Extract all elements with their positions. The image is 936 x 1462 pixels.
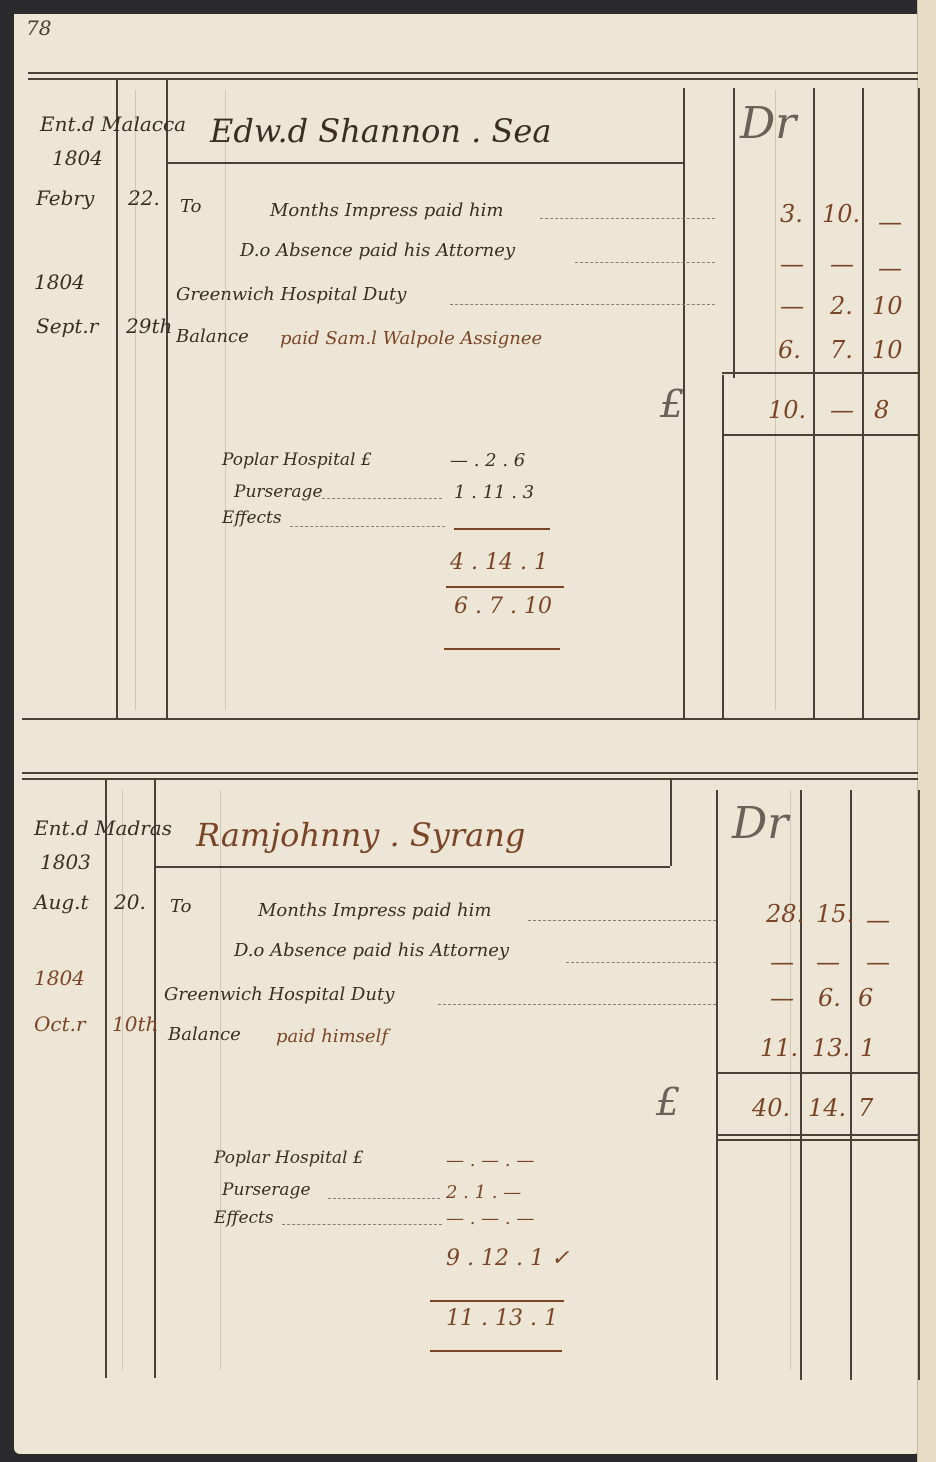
total-rule — [716, 1072, 918, 1074]
purserage-label: Purserage — [222, 1180, 311, 1200]
guide-line — [220, 790, 221, 1370]
entry-month: Aug.t — [34, 890, 89, 914]
entry-day: 20. — [114, 890, 146, 914]
column-rule — [800, 790, 802, 1380]
line-prefix: To — [170, 896, 191, 917]
guide-line — [790, 790, 791, 1370]
column-rule — [918, 790, 920, 1380]
sum-rule — [430, 1300, 564, 1302]
purserage-value: 2 . 1 . — — [446, 1182, 521, 1203]
total-pounds: 40. — [752, 1094, 790, 1122]
top-rule-2 — [22, 778, 918, 780]
poplar-label: Poplar Hospital £ — [214, 1148, 364, 1168]
amount-pence: 1 — [860, 1034, 875, 1062]
deduction-total: 11 . 13 . 1 — [446, 1306, 558, 1331]
leader-dots — [282, 1224, 442, 1225]
total-pence: 7 — [858, 1094, 873, 1122]
amount-shillings: 15. — [816, 900, 854, 928]
leader-dots — [528, 920, 716, 921]
entry-year: 1803 — [40, 850, 91, 874]
amount-pence: — — [866, 906, 890, 934]
leader-dots — [328, 1198, 440, 1199]
sum-rule — [430, 1350, 562, 1352]
settle-day: 10th — [112, 1012, 158, 1036]
top-rule — [22, 772, 918, 774]
amount-pence: — — [866, 948, 890, 976]
amount-shillings: — — [816, 948, 840, 976]
line-description: Months Impress paid him — [258, 900, 491, 921]
entered-port: Ent.d Madras — [34, 816, 172, 840]
line-description: Balance — [168, 1024, 241, 1045]
total-rule-bottom — [716, 1134, 918, 1136]
total-rule-bottom-2 — [716, 1139, 918, 1141]
amount-pence: 6 — [858, 984, 873, 1012]
settle-year: 1804 — [34, 966, 85, 990]
column-rule — [154, 778, 156, 1378]
amount-shillings: 6. — [818, 984, 841, 1012]
amount-shillings: 13. — [812, 1034, 850, 1062]
amount-pounds: 11. — [760, 1034, 798, 1062]
effects-value: — . — . — — [446, 1208, 534, 1229]
column-rule — [670, 780, 672, 866]
settle-month: Oct.r — [34, 1012, 86, 1036]
seaman-name: Ramjohnny . Syrang — [196, 816, 525, 854]
deduction-subtotal: 9 . 12 . 1 ✓ — [446, 1246, 569, 1271]
guide-line — [122, 790, 123, 1370]
column-rule — [716, 790, 718, 1380]
leader-dots — [566, 962, 716, 963]
leader-dots — [438, 1004, 716, 1005]
total-shillings: 14. — [808, 1094, 846, 1122]
column-rule — [105, 778, 107, 1378]
balance-annotation: paid himself — [276, 1026, 388, 1047]
line-description: Greenwich Hospital Duty — [164, 984, 394, 1005]
ledger-entry-2: Ent.d Madras 1803 Aug.t 20. 1804 Oct.r 1… — [0, 0, 936, 1462]
name-rule — [154, 866, 670, 868]
line-description: D.o Absence paid his Attorney — [234, 940, 509, 961]
total-pound-symbol: £ — [656, 1080, 680, 1124]
amount-pounds: — — [770, 984, 794, 1012]
amount-pounds: 28. — [766, 900, 804, 928]
amount-pounds: — — [770, 948, 794, 976]
effects-label: Effects — [214, 1208, 274, 1228]
poplar-value: — . — . — — [446, 1150, 534, 1171]
debtor-header: Dr — [732, 798, 788, 849]
column-rule — [850, 790, 852, 1380]
